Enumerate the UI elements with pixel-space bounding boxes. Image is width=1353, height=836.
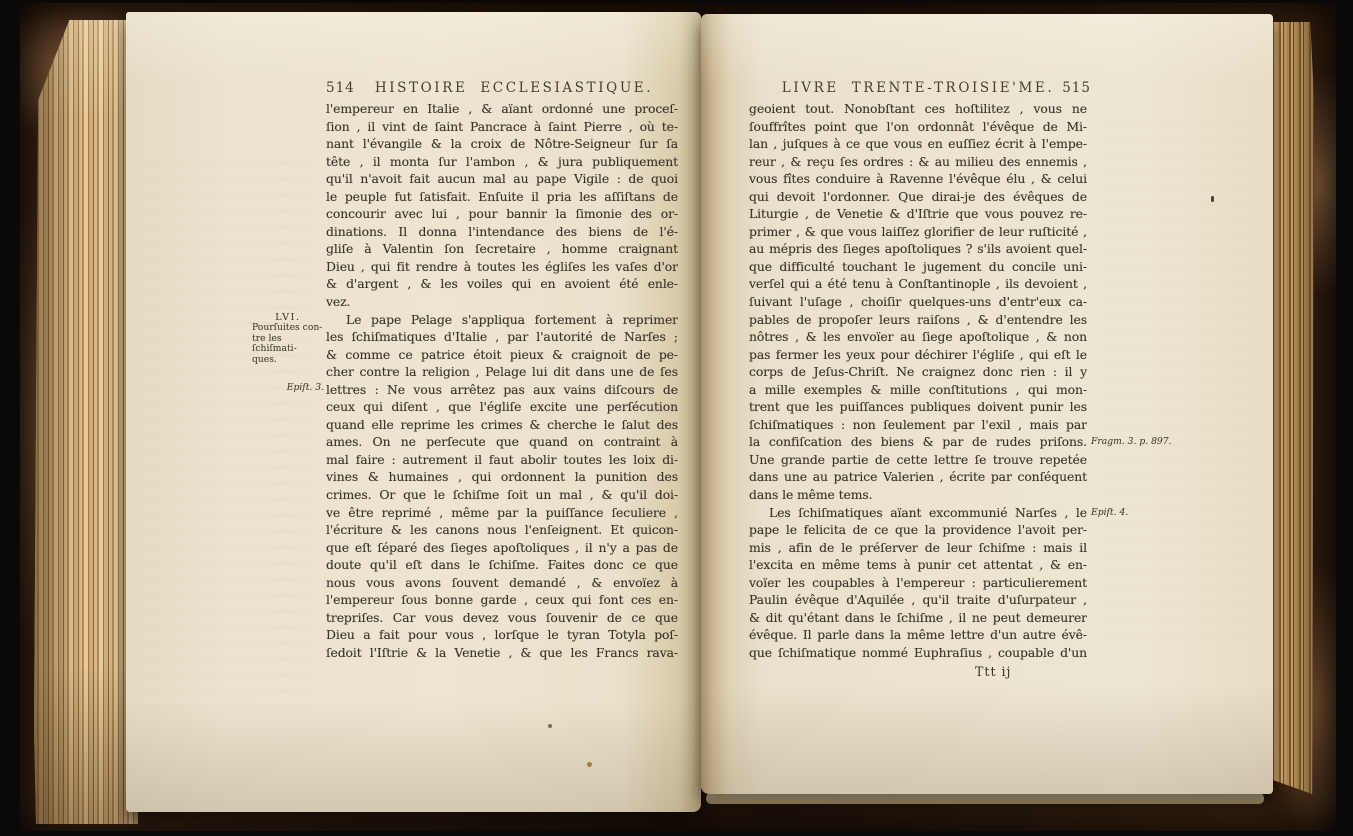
left-page: 514 HISTOIRE ECCLESIASTIQUE. l'empereur … (126, 12, 701, 812)
page-number: 514 (302, 80, 355, 96)
text-line: Dieu a fait pour vous , lorſque le tyran… (326, 626, 678, 644)
text-line: & comme ce patrice étoit pieux & craigno… (326, 346, 678, 364)
text-line: a mille exemples & mille conſtitutions ,… (749, 381, 1087, 399)
margin-note-line: Fragm. 3. p. 897. (1091, 437, 1175, 448)
text-line: trepriſes. Car vous devez vous ſouvenir … (326, 609, 678, 627)
under-page-edge (706, 793, 1264, 804)
text-line: Le pape Pelage s'appliqua fortement à re… (326, 311, 678, 329)
text-line: ceux qui diſent , que l'égliſe excite un… (326, 398, 678, 416)
text-line: ſouffrîtes point que l'on ordonnât l'évê… (749, 118, 1087, 136)
show-through-ghost-text (1101, 124, 1251, 644)
margin-note: Epiſt. 3. (252, 383, 324, 394)
right-page: LIVRE TRENTE-TROISIE'ME. 515 geoient tou… (701, 14, 1273, 794)
margin-note: LVI.Pourſuites con-tre les ſchiſmati-que… (252, 313, 324, 366)
text-line: nous vous avons ſouvent demandé , & envo… (326, 574, 678, 592)
text-line: dinations. Il donna l'intendance des bie… (326, 223, 678, 241)
text-line: ſuivant l'uſage , choiſir quelques-uns d… (749, 293, 1087, 311)
text-line: & dit qu'étant dans le ſchiſme , il ne p… (749, 609, 1087, 627)
text-line: ames. On ne perſecute que quand on contr… (326, 433, 678, 451)
text-line: vez. (326, 293, 678, 311)
text-line: Une grande partie de cette lettre ſe tro… (749, 451, 1087, 469)
text-line: ve être reprimé , même par la puiſſance … (326, 504, 678, 522)
running-title: HISTOIRE ECCLESIASTIQUE. (375, 80, 653, 96)
text-line: concourir avec lui , pour bannir la ſimo… (326, 205, 678, 223)
text-line: vines & humaines , qui ordonnent la puni… (326, 468, 678, 486)
text-line: & d'argent , & les voiles qui en avoient… (326, 275, 678, 293)
margin-note-line: ques. (252, 355, 324, 366)
text-line: crimes. Or que le ſchiſme ſoit un mal , … (326, 486, 678, 504)
text-line: Liturgie , de Venetie & d'Iſtrie que vou… (749, 205, 1087, 223)
text-line: ſchiſmatiques : non ſeulement par l'exil… (749, 416, 1087, 434)
text-line: ſion , il vint de ſaint Pancrace à ſaint… (326, 118, 678, 136)
text-line: l'empereur en Italie , & aïant ordonné u… (326, 100, 678, 118)
text-line: qui devoit l'ordonner. Que dirai-je des … (749, 188, 1087, 206)
text-line: pables de propoſer leurs raiſons , & d'e… (749, 311, 1087, 329)
running-title: LIVRE TRENTE-TROISIE'ME. (782, 80, 1054, 96)
text-line: dans une au patrice Valerien , écrite pa… (749, 468, 1087, 486)
text-line: qu'il n'avoit fait aucun mal au pape Vig… (326, 170, 678, 188)
margin-note: Epiſt. 4. (1091, 508, 1175, 519)
text-line: le peuple fut ſatisfait. Enſuite il pria… (326, 188, 678, 206)
text-line: l'écriture & les canons nous l'enſeignen… (326, 521, 678, 539)
margin-note-line: Epiſt. 4. (1091, 508, 1175, 519)
text-line: lettres : Ne vous arrêtez pas aux vains … (326, 381, 678, 399)
text-line: Les ſchiſmatiques aïant excommunié Narſe… (749, 504, 1087, 522)
margin-note: Fragm. 3. p. 897. (1091, 437, 1175, 448)
text-line: nôtres , & les envoïer au ſiege apoſtoli… (749, 328, 1087, 346)
text-line: mis , afin de le préſerver de leur ſchiſ… (749, 539, 1087, 557)
text-line: Dieu , qui fit rendre à toutes les égliſ… (326, 258, 678, 276)
text-line: doute qu'il eſt dans le ſchiſme. Faites … (326, 556, 678, 574)
margin-note-line: Epiſt. 3. (252, 383, 324, 394)
text-line: cher contre la religion , Pelage lui dit… (326, 363, 678, 381)
text-line: corps de Jeſus-Chriſt. Ne craignez donc … (749, 363, 1087, 381)
text-line: Paulin évêque d'Aquilée , qu'il traite d… (749, 591, 1087, 609)
text-line: que difficulté touchant le jugement du c… (749, 258, 1087, 276)
text-line: dans le même tems. (749, 486, 1087, 504)
text-line: pas fermer les yeux pour déchirer l'égli… (749, 346, 1087, 364)
running-header: LIVRE TRENTE-TROISIE'ME. 515 (749, 80, 1087, 96)
text-line: vous fîtes conduire à Ravenne l'évêque é… (749, 170, 1087, 188)
text-line: au mépris des ſieges apoſtoliques ? s'il… (749, 240, 1087, 258)
text-line: que eſt ſéparé des ſieges apoſtoliques ,… (326, 539, 678, 557)
show-through-ghost-text (146, 162, 316, 722)
text-line: nant l'évangile & la croix de Nôtre-Seig… (326, 135, 678, 153)
text-line: pape le felicita de ce que la providence… (749, 521, 1087, 539)
running-header: 514 HISTOIRE ECCLESIASTIQUE. (326, 80, 678, 96)
text-line: l'excita en même tems à punir cet attent… (749, 556, 1087, 574)
text-line: la confiſcation des biens & par de rudes… (749, 433, 1087, 451)
text-line: reur , & reçu ſes ordres : & au milieu d… (749, 153, 1087, 171)
book-photograph: 514 HISTOIRE ECCLESIASTIQUE. l'empereur … (0, 0, 1353, 836)
margin-note-line: tre les ſchiſmati- (252, 334, 324, 355)
text-line: l'empereur ſous bonne garde , ceux qui f… (326, 591, 678, 609)
text-line: quand elle reprime les crimes & cherche … (326, 416, 678, 434)
text-line: les ſchiſmatiques d'Italie , par l'autor… (326, 328, 678, 346)
paper-stain (587, 762, 592, 767)
ink-mark (1211, 196, 1214, 202)
page-number: 515 (1062, 80, 1091, 96)
text-line: que ſchiſmatique nommé Euphraſius , coup… (749, 644, 1087, 662)
text-line: voïer les coupables à l'empereur : parti… (749, 574, 1087, 592)
gathering-signature: Ttt ij (749, 664, 1313, 679)
text-line: verſel qui a été tenu à Conſtantinople ,… (749, 275, 1087, 293)
text-line: primer , & que vous laiſſez glorifier de… (749, 223, 1087, 241)
body-text: geoient tout. Nonobſtant ces hoſtilitez … (749, 100, 1087, 662)
text-line: gliſe à Valentin ſon ſecretaire , homme … (326, 240, 678, 258)
text-line: ſedoit l'Iſtrie & la Venetie , & que les… (326, 644, 678, 662)
text-line: lan , juſques à ce que vous en euſſiez é… (749, 135, 1087, 153)
text-line: geoient tout. Nonobſtant ces hoſtilitez … (749, 100, 1087, 118)
body-text: l'empereur en Italie , & aïant ordonné u… (326, 100, 678, 662)
text-line: tête , il monta ſur l'ambon , & jura pub… (326, 153, 678, 171)
fore-edge-left-page-stack (34, 20, 138, 824)
text-line: évêque. Il parle dans la même lettre d'u… (749, 626, 1087, 644)
text-line: mal faire : autrement il faut abolir tou… (326, 451, 678, 469)
paper-stain (548, 724, 552, 728)
text-line: trent que les puiſſances publiques doive… (749, 398, 1087, 416)
